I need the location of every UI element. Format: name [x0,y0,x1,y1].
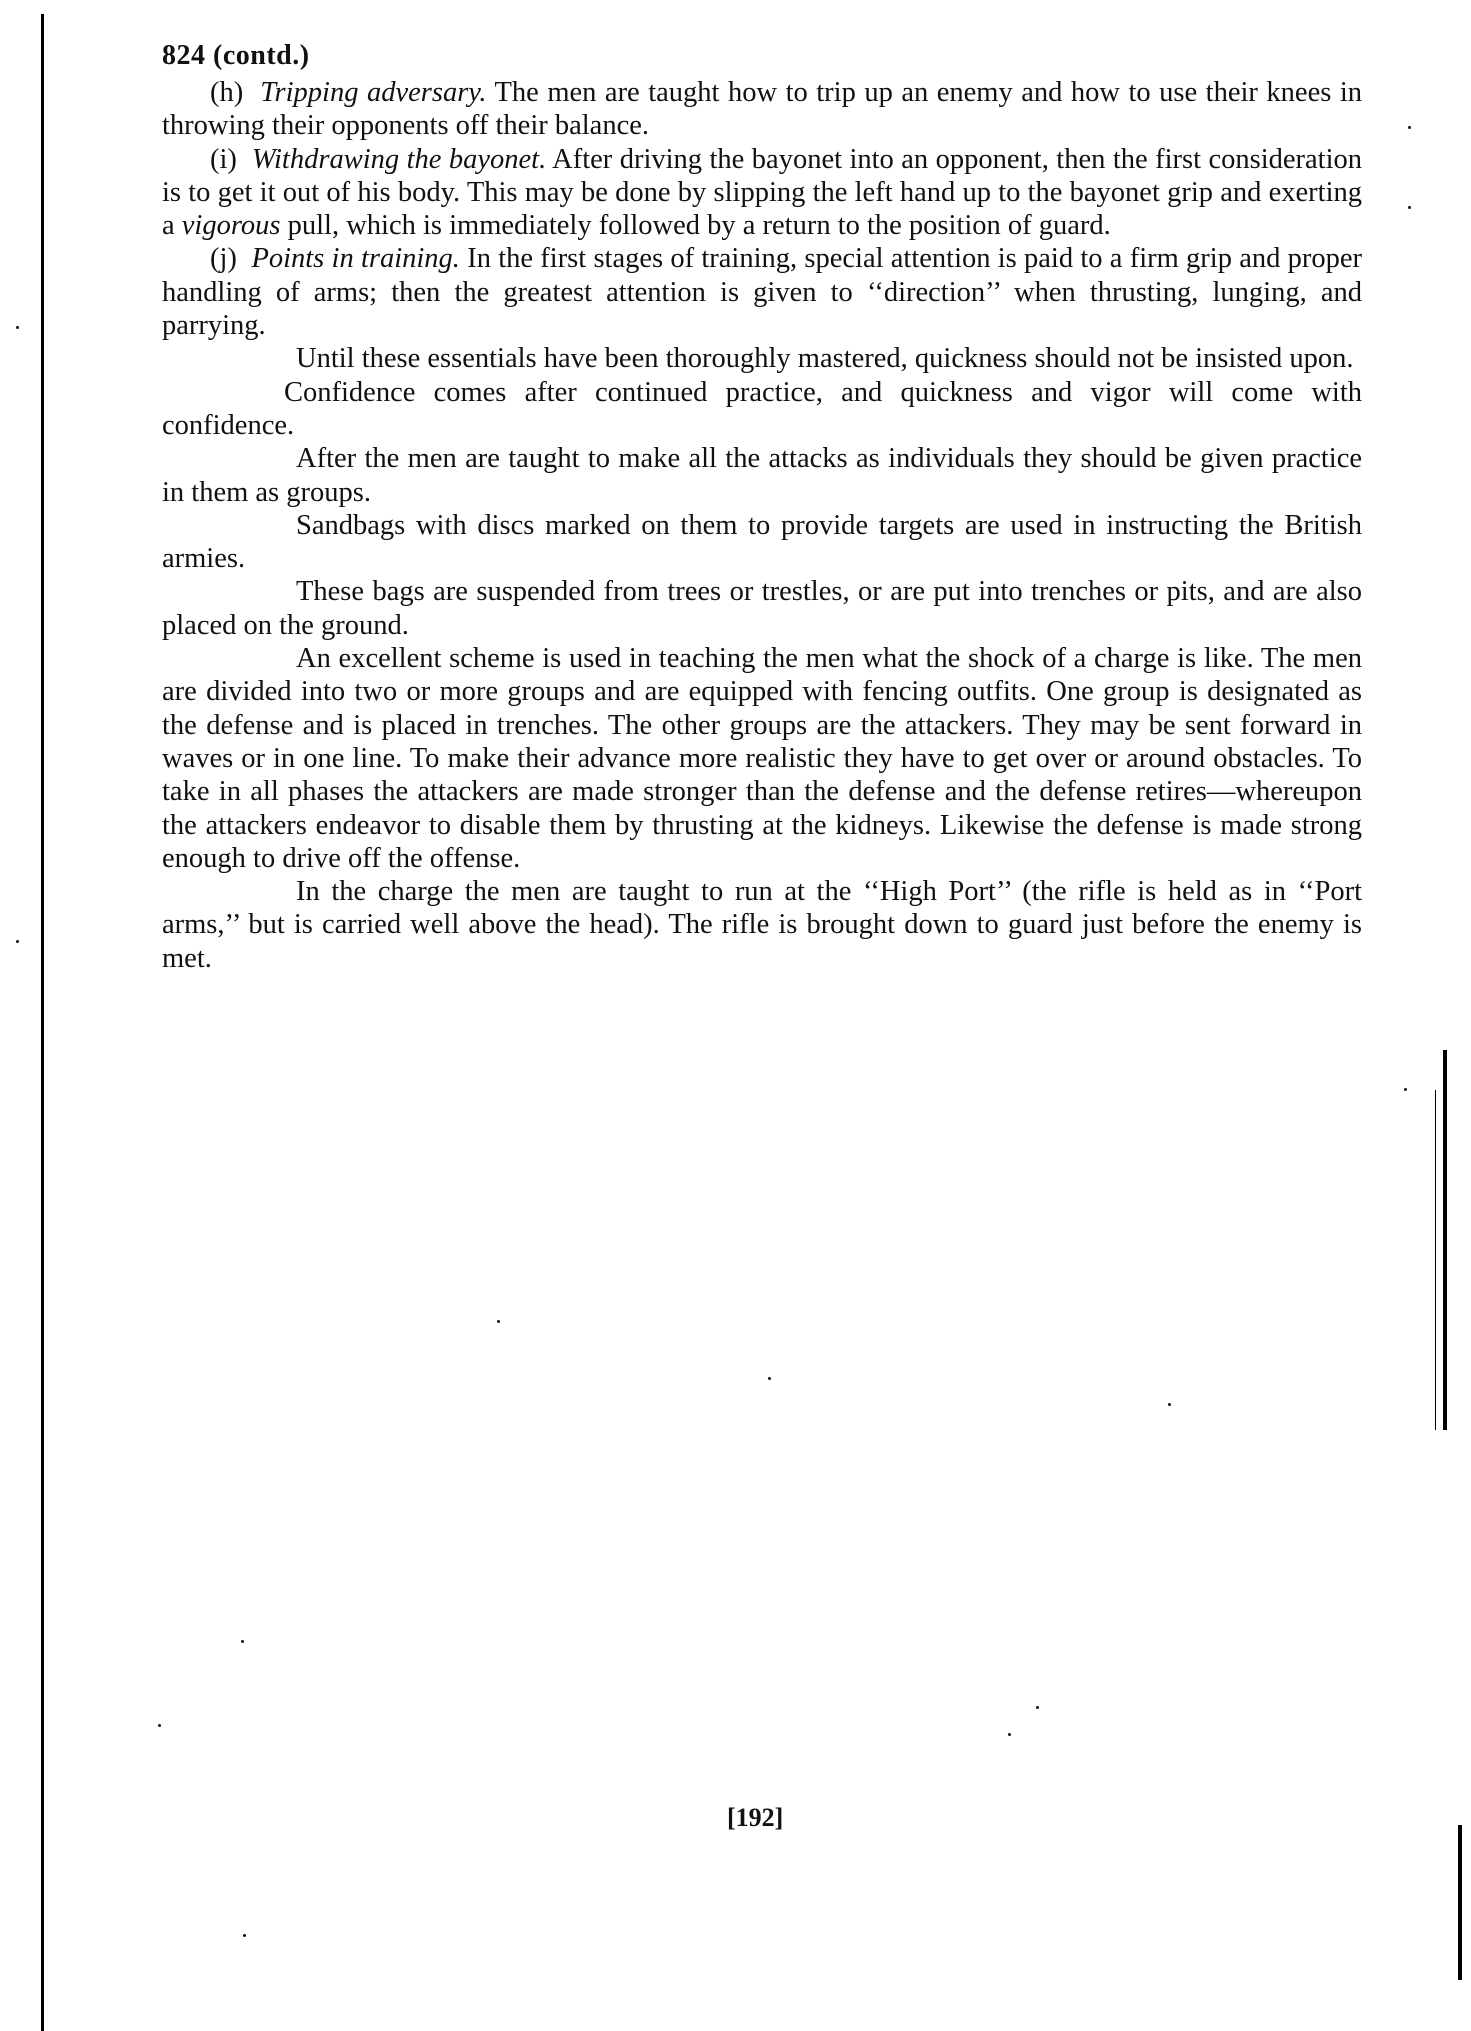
scan-speck [158,1724,161,1727]
scan-speck [1408,126,1411,129]
scan-speck [243,1934,246,1937]
subsection-label: (h) [210,77,243,108]
scan-speck [1008,1733,1011,1736]
subsection-title: Points in training. [251,243,460,274]
scan-speck [16,326,19,329]
paragraph: After the men are taught to make all the… [162,442,1362,509]
scan-speck [241,1640,244,1643]
scan-border-right-thin [1435,1090,1436,1430]
paragraph: An excellent scheme is used in teaching … [162,642,1362,875]
emphasis-text: vigorous [182,210,281,241]
scan-speck [768,1377,771,1380]
subsection-text-continued: pull, which is immediately followed by a… [280,210,1110,241]
paragraph: Sandbags with discs marked on them to pr… [162,509,1362,576]
scan-speck [1036,1706,1039,1709]
scan-speck [497,1320,500,1323]
paragraph: These bags are suspended from trees or t… [162,575,1362,642]
scan-border-right-lower [1458,1825,1462,1980]
subsection-i: (i) Withdrawing the bayonet. After drivi… [162,143,1362,243]
paragraph: In the charge the men are taught to run … [162,875,1362,975]
scan-speck [1168,1403,1171,1406]
scan-speck [1408,206,1411,209]
section-header: 824 (contd.) [162,36,1362,76]
subsection-h: (h) Tripping adversary. The men are taug… [162,76,1362,143]
scan-border-right [1443,1050,1447,1430]
paragraph: Confidence comes after continued practic… [162,376,1362,443]
subsection-label: (j) [210,243,237,274]
paragraph: Until these essentials have been thoroug… [162,342,1362,375]
scan-speck [16,940,19,943]
document-page: 824 (contd.) (h) Tripping adversary. The… [162,36,1362,975]
subsection-j: (j) Points in training. In the first sta… [162,242,1362,342]
scan-border-left [41,14,44,2031]
page-number: [192] [727,1803,783,1833]
subsection-title: Tripping adversary. [260,77,486,108]
subsection-label: (i) [210,144,237,175]
subsection-title: Withdrawing the bayonet. [252,144,546,175]
scan-speck [1404,1088,1407,1091]
